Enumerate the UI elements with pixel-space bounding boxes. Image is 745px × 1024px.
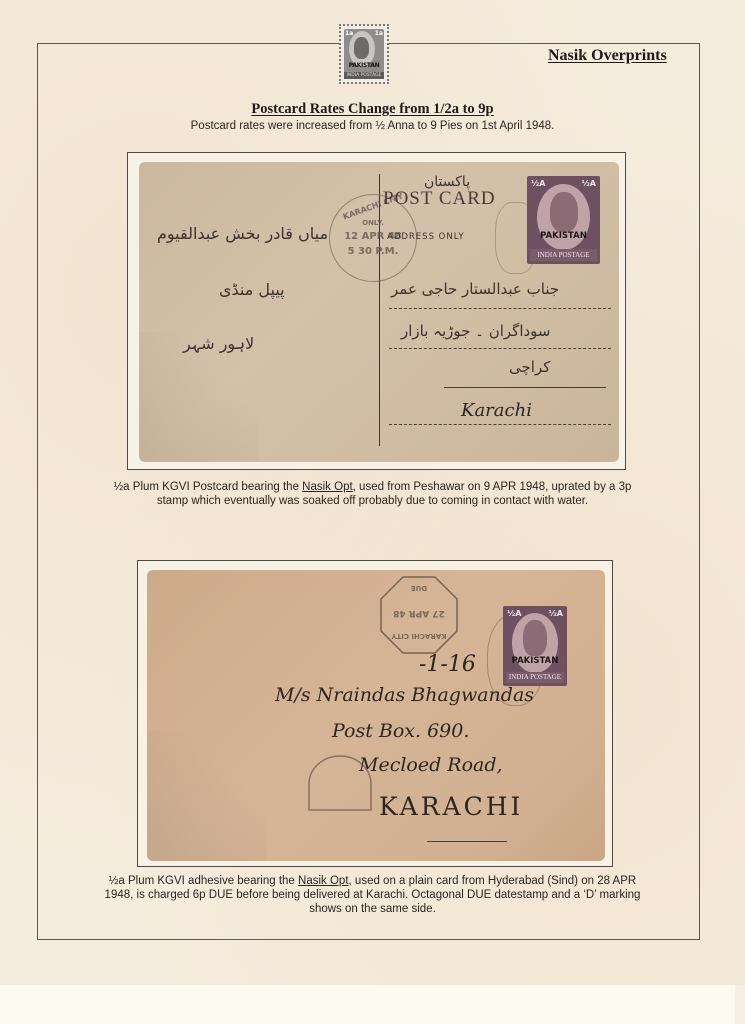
sender-line-1: میاں قادر بخش عبدالقیوم xyxy=(157,224,328,243)
charge-marking: -1-16 xyxy=(419,652,476,677)
sender-line-3: لاہور شہر xyxy=(183,334,254,353)
address-line-4: Karachi xyxy=(461,400,532,421)
caption-text: ½a Plum KGVI adhesive bearing the xyxy=(109,875,298,887)
octagon-bottom-text: DUE xyxy=(383,584,455,592)
address-line-3: کراچی xyxy=(509,358,550,376)
scan-margin xyxy=(0,985,735,1024)
sender-line-2: پیپل منڈی xyxy=(219,280,285,299)
address-rule-2 xyxy=(389,348,611,349)
stamp-overprint: PAKISTAN xyxy=(343,62,385,69)
stamp-bottom-text: INDIA POSTAGE xyxy=(530,249,597,261)
printed-post-card-title: POST CARD xyxy=(383,188,496,210)
stamp-value-right: 1a xyxy=(375,30,383,37)
stamp-value-left: ½A xyxy=(530,179,546,188)
caption-2: ½a Plum KGVI adhesive bearing the Nasik … xyxy=(100,874,645,916)
adhesive-stamp: ½A ½A PAKISTAN INDIA POSTAGE xyxy=(503,606,567,686)
stamp-value-left: ½A xyxy=(506,609,522,618)
king-portrait-icon xyxy=(550,192,578,232)
address-line-3: Mecloed Road, xyxy=(359,754,503,776)
stamp-value-right: ½A xyxy=(581,179,597,188)
page-title: Nasik Overprints xyxy=(548,47,667,65)
header-stamp-image: 1a 1a PAKISTAN INDIA POSTAGE xyxy=(339,24,389,84)
section-subtitle: Postcard rates were increased from ½ Ann… xyxy=(0,120,745,132)
address-rule-1 xyxy=(389,308,611,309)
postcard-image: KARACHI CITY ONLY. 12 APR 48 5 30 P.M. پ… xyxy=(139,162,619,462)
address-line-2: سوداگران ۔ جوڑیہ بازار xyxy=(401,322,551,340)
address-rule-3 xyxy=(444,387,606,388)
address-line-1: جناب عبدالستار حاجی عمر xyxy=(391,280,559,298)
caption-1: ½a Plum KGVI Postcard bearing the Nasik … xyxy=(100,480,645,508)
address-underline xyxy=(427,841,507,842)
octagon-date: 27 APR 48 xyxy=(383,608,455,618)
card-image: DUE 27 APR 48 KARACHI CITY ½A ½A PAKISTA… xyxy=(147,570,605,861)
printed-address-only: ADDRESS ONLY xyxy=(387,232,465,242)
address-rule-4 xyxy=(389,424,611,425)
stamp-bottom-text: INDIA POSTAGE xyxy=(506,672,564,683)
caption-nasik-opt: Nasik Opt xyxy=(298,875,349,887)
stamp-overprint: PAKISTAN xyxy=(503,656,567,666)
postmark-only: ONLY. xyxy=(335,219,411,227)
address-line-2: Post Box. 690. xyxy=(332,720,469,742)
address-line-1: M/s Nraindas Bhagwandas xyxy=(275,684,534,706)
caption-text: ½a Plum KGVI Postcard bearing the xyxy=(114,481,303,493)
printed-stamp-indicium: ½A ½A PAKISTAN INDIA POSTAGE xyxy=(527,176,600,264)
king-portrait-icon xyxy=(523,620,547,656)
king-portrait-icon xyxy=(354,37,369,59)
stamp-overprint: PAKISTAN xyxy=(527,231,600,241)
stamp-value-left: 1a xyxy=(345,30,353,37)
card-shading xyxy=(147,731,267,861)
stamp-bottom-text: INDIA POSTAGE xyxy=(344,72,384,79)
octagon-city: KARACHI CITY xyxy=(383,632,455,640)
postmark-time: 5 30 P.M. xyxy=(335,246,411,257)
caption-nasik-opt: Nasik Opt xyxy=(302,481,353,493)
stamp-value-right: ½A xyxy=(548,609,564,618)
section-title: Postcard Rates Change from 1/2a to 9p xyxy=(0,101,745,118)
address-line-4: KARACHI xyxy=(379,792,523,821)
